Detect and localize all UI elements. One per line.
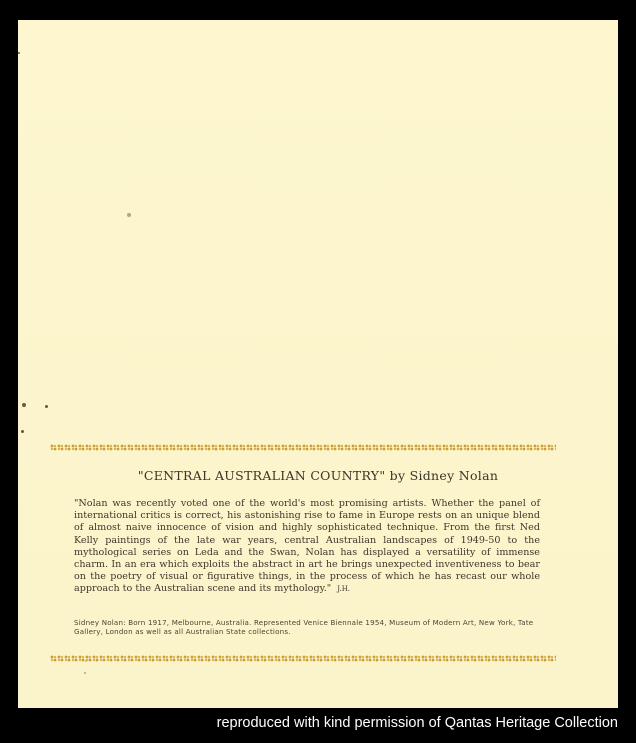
paper-blemish [22, 403, 26, 407]
artwork-title: "CENTRAL AUSTRALIAN COUNTRY" by Sidney N… [18, 468, 618, 483]
artist-bio: Sidney Nolan: Born 1917, Melbourne, Aust… [74, 619, 544, 636]
quote-text: "Nolan was recently voted one of the wor… [74, 498, 540, 594]
paper-blemish [45, 405, 48, 408]
bottom-ornament-border [50, 655, 556, 662]
document-page: "CENTRAL AUSTRALIAN COUNTRY" by Sidney N… [18, 20, 618, 708]
paper-blemish [18, 52, 20, 54]
critic-quote: "Nolan was recently voted one of the wor… [74, 498, 540, 596]
paper-blemish [84, 672, 86, 674]
top-ornament-border [50, 444, 556, 451]
paper-blemish [127, 213, 131, 217]
permission-caption: reproduced with kind permission of Qanta… [217, 715, 618, 731]
paper-blemish [21, 430, 24, 433]
quote-initials: J.H. [337, 585, 350, 593]
